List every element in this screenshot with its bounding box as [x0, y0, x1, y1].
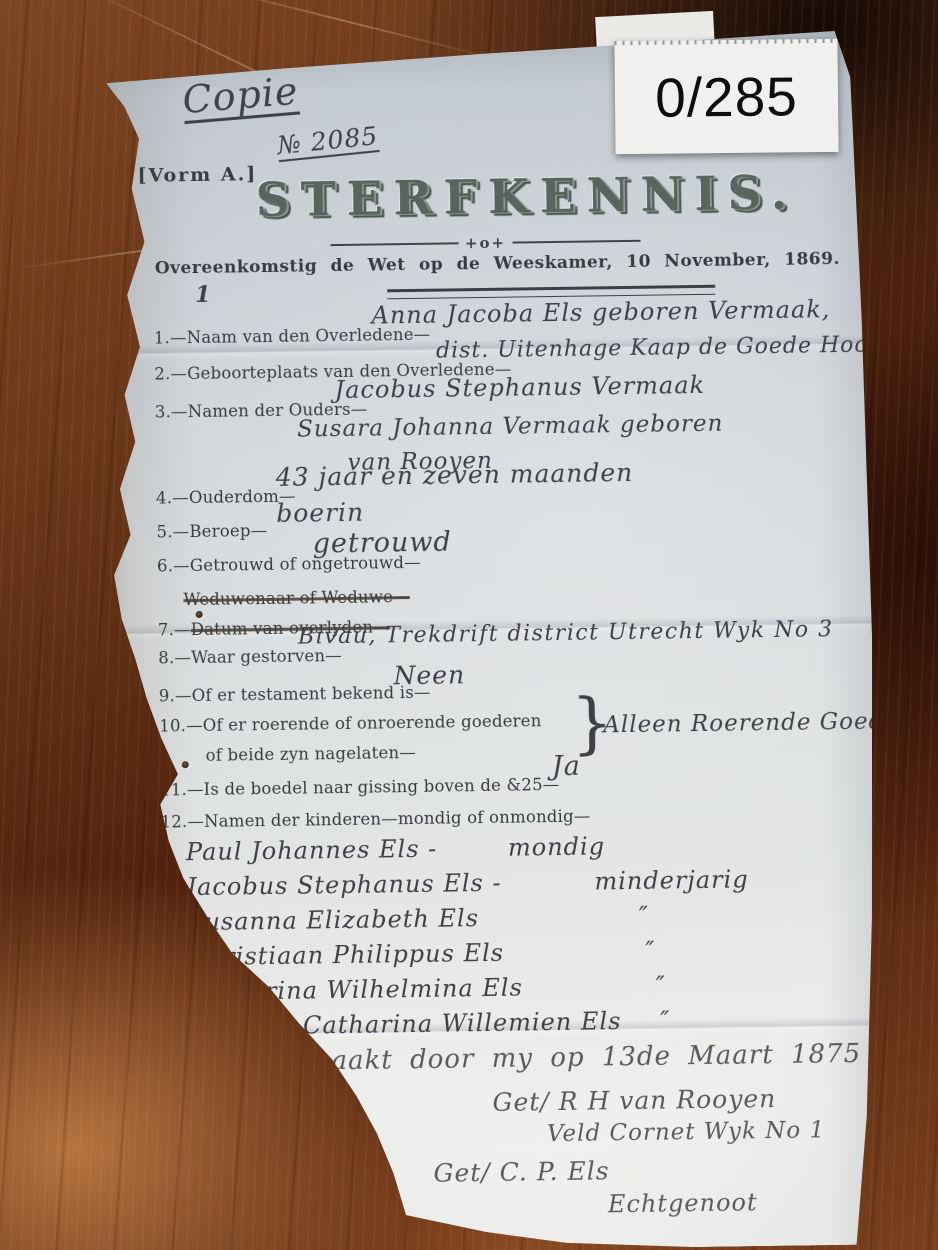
form-value-2: dist. Uitenhage Kaap de Goede Hoop: [436, 332, 884, 363]
form-value-3: Jacobus Stephanus Vermaak: [334, 371, 705, 404]
form-value-4: 43 jaar en zeven maanden: [276, 458, 634, 492]
form-value-3-line2: Susara Johanna Vermaak geboren: [297, 411, 724, 443]
item-label: Namen der kinderen—mondig of onmondig—: [204, 807, 591, 831]
form-item-5: 5.—Beroep—: [156, 521, 267, 542]
form-item-11: 11.—Is de boedel naar gissing boven de &…: [160, 775, 560, 800]
form-item-12: 12.—Namen der kinderen—mondig of onmondi…: [160, 807, 590, 832]
form-item-widow-line: Weduwenaar of Weduwe—: [183, 587, 410, 609]
item-number: 10.—: [159, 716, 203, 736]
form-item-4: 4.—Ouderdom—: [156, 487, 296, 508]
child-name: Susanna Elizabeth Els: [187, 904, 479, 936]
signature-2-title: Echtgenoot: [608, 1188, 758, 1218]
item-number: 3.—: [155, 402, 188, 421]
archive-number-text: 0/285: [655, 64, 798, 129]
signature-2: Get/ C. P. Els: [433, 1156, 609, 1187]
document-title: STERFKENNIS.: [197, 165, 858, 229]
item-number: 4.—: [156, 488, 189, 507]
photo-of-death-notice: Copie № 2085 [Vorm A.] STERFKENNIS. +o+ …: [0, 0, 938, 1250]
item-number: 2.—: [154, 364, 187, 383]
child-name: Jacobus Stephanus Els -: [186, 869, 501, 901]
divider-ornament: +o+: [459, 234, 512, 253]
item-number: 8.—: [158, 648, 191, 667]
form-item-10: 10.—Of er roerende of onroerende goedere…: [159, 711, 542, 735]
handwritten-copy-note: Copie: [181, 69, 300, 123]
ornament-divider: +o+: [330, 232, 640, 254]
page-mark: 1: [195, 282, 212, 308]
document-subtitle: Overeenkomstig de Wet op de Weeskamer, 1…: [155, 249, 840, 279]
form-value-11: Ja: [552, 751, 581, 782]
item-number: 12.—: [160, 812, 204, 832]
pinhole: [182, 761, 189, 768]
handwritten-number-note: № 2085: [276, 121, 380, 160]
form-item-10-line2: of beide zyn nagelaten—: [206, 743, 417, 765]
child-status: ″: [656, 971, 666, 999]
item-number: 9.—: [159, 686, 192, 705]
item-number: 5.—: [156, 522, 189, 541]
pinhole: [196, 611, 203, 618]
form-value-9: Neen: [393, 660, 465, 690]
child-status: minderjarig: [594, 865, 749, 895]
divider-line: [331, 242, 459, 246]
item-label: Is de boedel naar gissing boven de &25—: [204, 775, 560, 799]
signature-1: Get/ R H van Rooyen: [492, 1084, 776, 1117]
child-status: ″: [639, 902, 649, 930]
child-row: Jacobus Stephanus Els -minderjarig: [186, 869, 501, 901]
item-number: 7.—: [158, 620, 191, 639]
form-item-9: 9.—Of er testament bekend is—: [159, 683, 431, 706]
item-label: Of er roerende of onroerende goederen: [203, 711, 542, 735]
form-value-1: Anna Jacoba Els geboren Vermaak,: [371, 295, 830, 329]
item-number: 1.—: [154, 328, 187, 347]
child-status: ″: [660, 1006, 670, 1034]
divider-line: [512, 240, 640, 244]
child-row: Paul Johannes Els -mondig: [186, 835, 438, 867]
item-label: Beroep—: [189, 521, 267, 541]
child-name: Paul Johannes Els -: [186, 835, 438, 867]
signature-1-title: Veld Cornet Wyk No 1: [547, 1117, 826, 1147]
child-row: Susanna Elizabeth Els″: [187, 904, 479, 936]
item-number: 6.—: [157, 556, 190, 575]
form-value-6: getrouwd: [312, 526, 451, 559]
archive-number-label: 0/285: [614, 39, 838, 154]
form-value-5: boerin: [276, 498, 364, 528]
child-status: ″: [645, 937, 655, 965]
child-status: mondig: [508, 832, 605, 861]
